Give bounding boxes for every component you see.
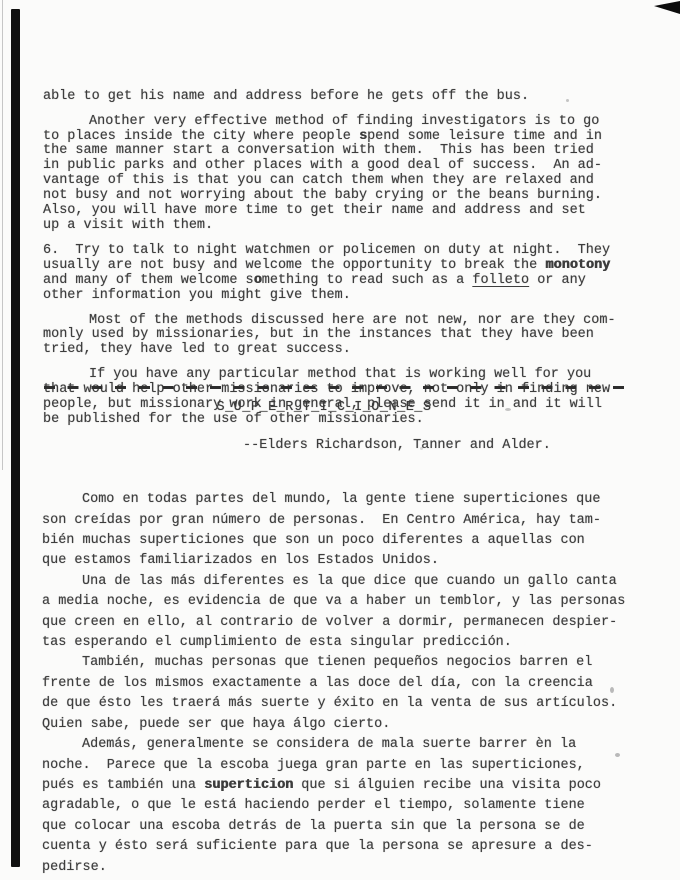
text-line: be published for the use of other missio… xyxy=(43,413,643,428)
paragraph: Además, generalmente se considera de mal… xyxy=(42,735,648,878)
text-line: bién muchas superticiones que son un poc… xyxy=(42,531,648,551)
text-line: tas esperando el cumplimiento de esta si… xyxy=(42,633,648,653)
dashed-separator xyxy=(44,386,636,389)
text-line: que colocar una escoba detrás de la puer… xyxy=(42,817,648,837)
text-line: Another very effective method of finding… xyxy=(43,115,643,130)
text-line: que estamos familiarizados en los Estado… xyxy=(42,551,648,571)
paragraph: If you have any particular method that i… xyxy=(43,368,643,428)
text-line: Quien sabe, puede ser que haya álgo cier… xyxy=(42,715,648,735)
text-line: que creen en ello, al contrario de volve… xyxy=(42,613,648,633)
text-line: son creídas por gran número de personas.… xyxy=(42,511,648,531)
text-line: up a visit with them. xyxy=(43,219,643,234)
text-line: other information you might give them. xyxy=(43,289,643,304)
text-line: pedirse. xyxy=(42,858,648,878)
page-corner-fold xyxy=(654,1,680,14)
text-line: pués es también una superticion que si á… xyxy=(42,776,648,796)
paragraph: También, muchas personas que tienen pequ… xyxy=(42,653,648,735)
text-line: También, muchas personas que tienen pequ… xyxy=(42,653,648,673)
section-title: S_U_P_E_R_T_I_C_I_O_N_E_S xyxy=(42,400,640,415)
text-line: and many of them welcome something to re… xyxy=(43,274,643,289)
scan-edge-bar xyxy=(11,9,20,867)
english-text-block: able to get his name and address before … xyxy=(43,45,643,453)
text-line: agradable, o que le está haciendo perder… xyxy=(42,796,648,816)
paragraph: Como en todas partes del mundo, la gente… xyxy=(42,490,648,572)
paragraph: Una de las más diferentes es la que dice… xyxy=(42,572,648,654)
document-page: able to get his name and address before … xyxy=(0,0,680,880)
text-line: noche. Parece que la escoba juega gran p… xyxy=(42,756,648,776)
paragraph: 6. Try to talk to night watchmen or poli… xyxy=(43,244,643,304)
text-line: Como en todas partes del mundo, la gente… xyxy=(42,490,648,510)
text-line: Also, you will have more time to get the… xyxy=(43,204,643,219)
text-line: a media noche, es evidencia de que va a … xyxy=(42,592,648,612)
paragraph: Another very effective method of finding… xyxy=(43,115,643,234)
text-line: de que ésto les traerá más suerte y éxit… xyxy=(42,694,648,714)
paragraph: Most of the methods discussed here are n… xyxy=(43,314,643,359)
text-line: frente de los mismos exactamente a las d… xyxy=(42,674,648,694)
text-line: cuenta y ésto será suficiente para que l… xyxy=(42,837,648,857)
scan-edge-line xyxy=(2,0,3,470)
text-line: Una de las más diferentes es la que dice… xyxy=(42,572,648,592)
paragraph: able to get his name and address before … xyxy=(43,90,643,105)
spanish-text-block: Como en todas partes del mundo, la gente… xyxy=(42,429,648,878)
text-line: not busy and not worrying about the baby… xyxy=(43,189,643,204)
text-line: Además, generalmente se considera de mal… xyxy=(42,735,648,755)
text-line: 6. Try to talk to night watchmen or poli… xyxy=(43,244,643,259)
text-line: in public parks and other places with a … xyxy=(43,159,643,174)
text-line: usually are not busy and welcome the opp… xyxy=(43,259,643,274)
text-line: If you have any particular method that i… xyxy=(43,368,643,383)
text-line: able to get his name and address before … xyxy=(43,90,643,105)
text-line: tried, they have led to great success. xyxy=(43,343,643,358)
text-line: vantage of this is that you can catch th… xyxy=(43,174,643,189)
